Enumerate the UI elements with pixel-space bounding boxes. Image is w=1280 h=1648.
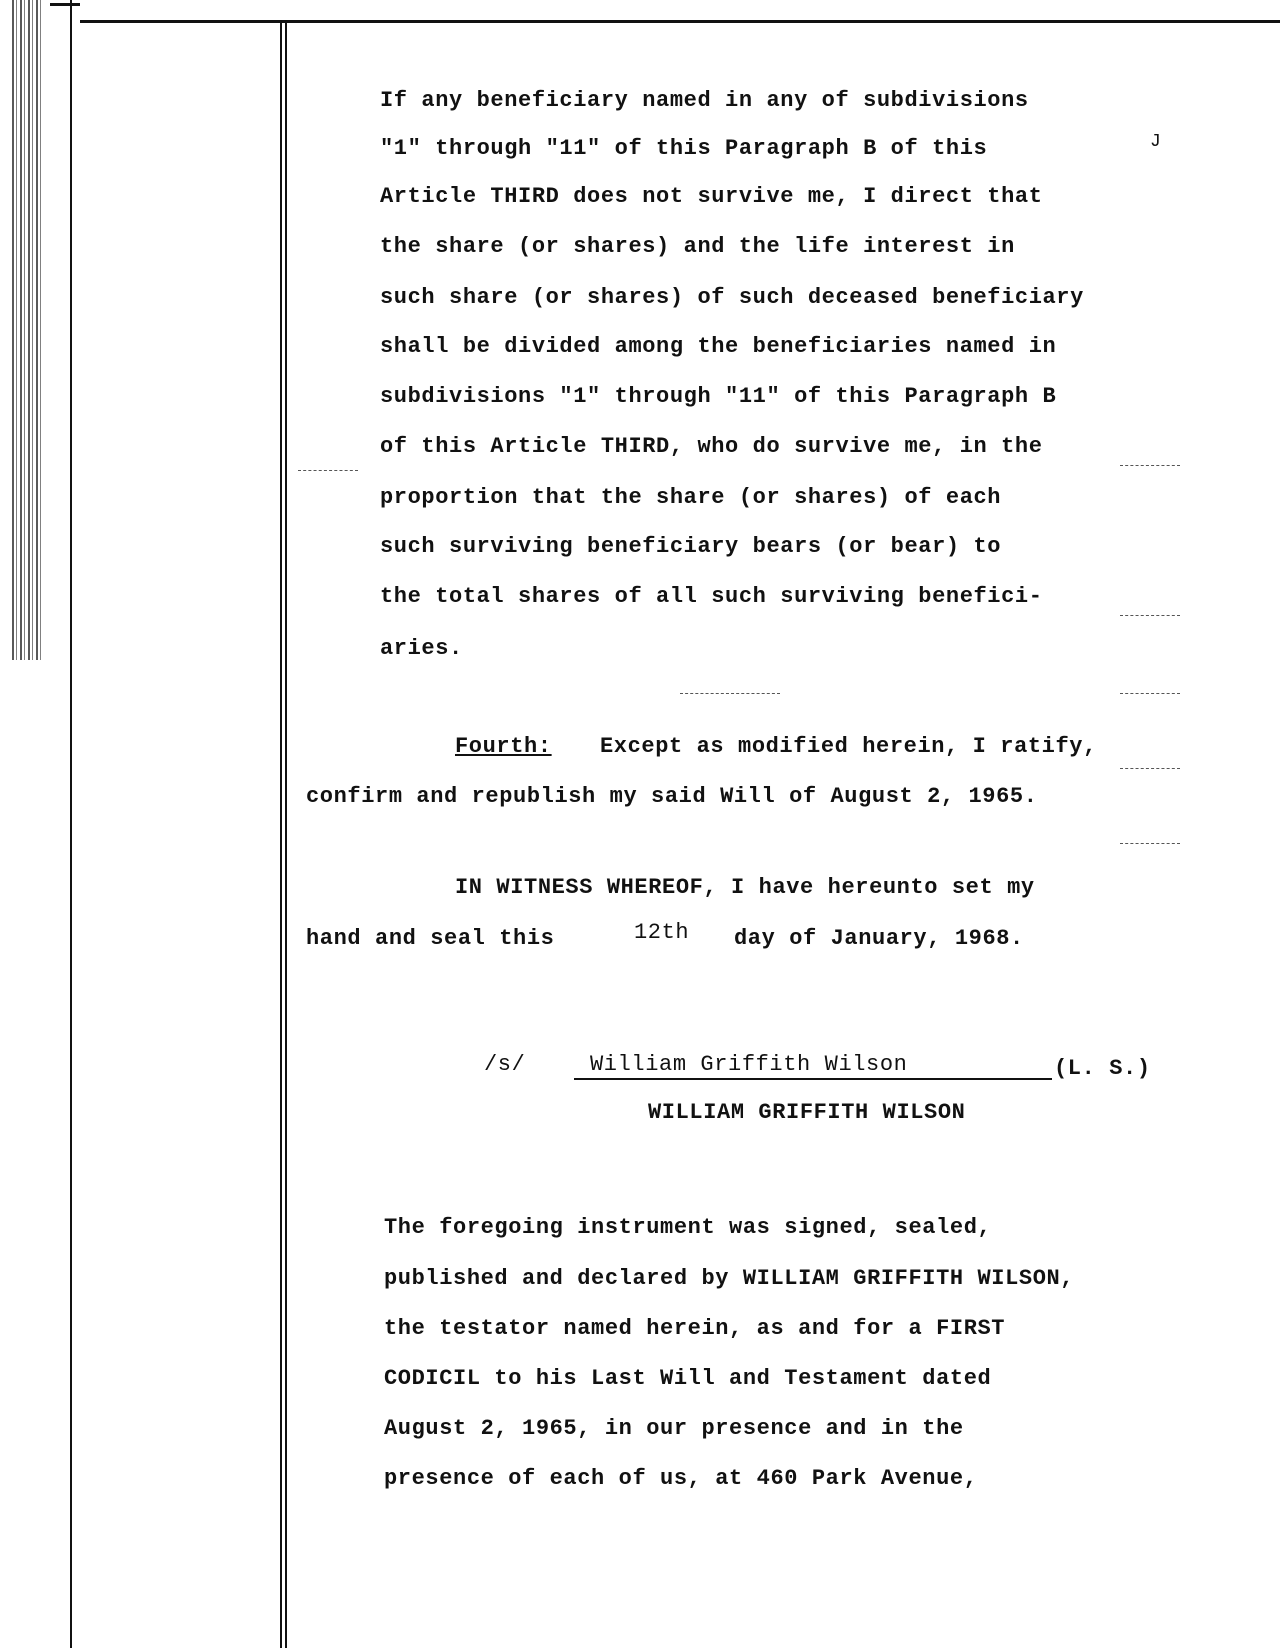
margin-rule-left <box>70 0 72 1648</box>
text-line: presence of each of us, at 460 Park Aven… <box>384 1466 978 1491</box>
text-line: the share (or shares) and the life inter… <box>380 234 1015 259</box>
scan-dash <box>1120 615 1180 617</box>
top-rule-stub <box>50 3 80 6</box>
text-line: published and declared by WILLIAM GRIFFI… <box>384 1266 1074 1291</box>
margin-mark: J <box>1150 132 1161 152</box>
text-line: day of January, 1968. <box>734 926 1024 951</box>
scan-dash <box>298 470 358 472</box>
text-line: IN WITNESS WHEREOF, I have hereunto set … <box>455 875 1035 900</box>
text-line: CODICIL to his Last Will and Testament d… <box>384 1366 991 1391</box>
text-line: If any beneficiary named in any of subdi… <box>380 88 1029 113</box>
top-rule <box>80 20 1280 23</box>
scan-dash <box>1120 843 1180 845</box>
document-page: J If any beneficiary named in any of sub… <box>0 0 1280 1648</box>
text-line: hand and seal this <box>306 926 554 951</box>
text-line: "1" through "11" of this Paragraph B of … <box>380 136 987 161</box>
scan-dash <box>680 693 780 695</box>
scan-dash <box>1120 768 1180 770</box>
text-line: Except as modified herein, I ratify, <box>600 734 1097 759</box>
signature-line <box>574 1078 1052 1080</box>
fourth-heading: Fourth: <box>455 734 552 759</box>
text-line: Article THIRD does not survive me, I dir… <box>380 184 1043 209</box>
scan-dash <box>1120 693 1180 695</box>
scan-edge-artifact <box>12 0 42 660</box>
text-line: of this Article THIRD, who do survive me… <box>380 434 1043 459</box>
text-line: such share (or shares) of such deceased … <box>380 285 1084 310</box>
text-line: shall be divided among the beneficiaries… <box>380 334 1056 359</box>
text-line: such surviving beneficiary bears (or bea… <box>380 534 1001 559</box>
margin-rule <box>280 20 282 1648</box>
date-day: 12th <box>634 920 689 945</box>
text-line: The foregoing instrument was signed, sea… <box>384 1215 991 1240</box>
margin-rule-double <box>285 20 287 1648</box>
printed-name: WILLIAM GRIFFITH WILSON <box>648 1100 965 1125</box>
text-line: subdivisions "1" through "11" of this Pa… <box>380 384 1056 409</box>
text-line: August 2, 1965, in our presence and in t… <box>384 1416 964 1441</box>
signature-prefix: /s/ <box>484 1052 525 1077</box>
text-line: the total shares of all such surviving b… <box>380 584 1043 609</box>
signature-name: William Griffith Wilson <box>590 1052 907 1077</box>
text-line: aries. <box>380 636 463 661</box>
text-line: confirm and republish my said Will of Au… <box>306 784 1038 809</box>
seal-mark: (L. S.) <box>1054 1056 1151 1081</box>
scan-dash <box>1120 465 1180 467</box>
text-line: the testator named herein, as and for a … <box>384 1316 1005 1341</box>
text-line: proportion that the share (or shares) of… <box>380 485 1001 510</box>
